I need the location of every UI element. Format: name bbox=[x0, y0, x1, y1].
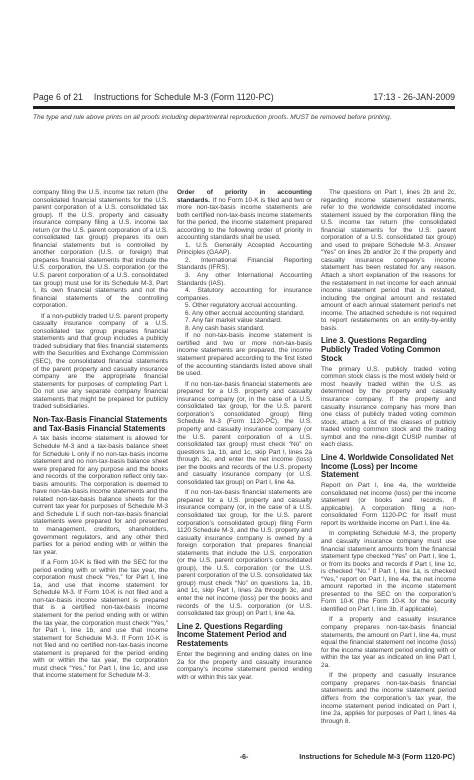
list-item: 4. Statutory accounting for insurance co… bbox=[177, 287, 312, 302]
document-page: Page 6 of 21 Instructions for Schedule M… bbox=[0, 0, 474, 780]
list-item: 7. Any fair market value standard. bbox=[177, 317, 312, 325]
page-footer: -6- Instructions for Schedule M-3 (Form … bbox=[33, 752, 455, 764]
section-heading: Line 2. Questions Regarding Income State… bbox=[177, 623, 312, 649]
header-title: Instructions for Schedule M-3 (Form 1120… bbox=[94, 92, 373, 102]
paragraph: If the property and casualty insurance c… bbox=[321, 672, 456, 725]
list-item: 6. Any other accrual accounting standard… bbox=[177, 310, 312, 318]
list-item: 8. Any cash basis standard. bbox=[177, 325, 312, 333]
text-column-2: Order of priority in accounting standard… bbox=[177, 189, 312, 725]
header-page-label: Page 6 of 21 bbox=[33, 92, 83, 102]
paragraph: If no non-tax-basis income statement is … bbox=[177, 332, 312, 377]
page-header: Page 6 of 21 Instructions for Schedule M… bbox=[33, 92, 455, 102]
proof-note: The type and rule above prints on all pr… bbox=[33, 114, 455, 121]
text-column-1: company filing the U.S. income tax retur… bbox=[33, 189, 168, 725]
paragraph: A tax basis income statement is allowed … bbox=[33, 435, 168, 556]
header-rule bbox=[33, 106, 455, 109]
paragraph: Report on Part I, line 4a, the worldwide… bbox=[321, 482, 456, 527]
list-item: 5. Other regulatory accrual accounting. bbox=[177, 302, 312, 310]
header-timestamp: 17:13 - 26-JAN-2009 bbox=[373, 92, 455, 102]
paragraph: If a Form 10-K is filed with the SEC for… bbox=[33, 559, 168, 680]
paragraph: Order of priority in accounting standard… bbox=[177, 189, 312, 242]
paragraph: In completing Schedule M-3, the property… bbox=[321, 530, 456, 613]
list-item: 1. U.S. Generally Accepted Accounting Pr… bbox=[177, 242, 312, 257]
list-item: 2. International Financial Reporting Sta… bbox=[177, 257, 312, 272]
paragraph: Enter the beginning and ending dates on … bbox=[177, 651, 312, 681]
section-heading: Line 3. Questions Regarding Publicly Tra… bbox=[321, 337, 456, 363]
section-heading: Line 4. Worldwide Consolidated Net Incom… bbox=[321, 454, 456, 480]
paragraph: If a property and casualty insurance com… bbox=[321, 616, 456, 669]
paragraph: If a non-publicly traded U.S. parent pro… bbox=[33, 313, 168, 411]
footer-title: Instructions for Schedule M-3 (Form 1120… bbox=[299, 752, 455, 761]
paragraph: company filing the U.S. income tax retur… bbox=[33, 189, 168, 310]
text-column-3: The questions on Part I, lines 2b and 2c… bbox=[321, 189, 456, 725]
paragraph: The questions on Part I, lines 2b and 2c… bbox=[321, 189, 456, 332]
run-in-heading: Order of priority in accounting standard… bbox=[177, 189, 312, 204]
paragraph: If no non-tax-basis financial statements… bbox=[177, 381, 312, 487]
body-columns: company filing the U.S. income tax retur… bbox=[33, 189, 455, 725]
list-item: 3. Any other International Accounting St… bbox=[177, 272, 312, 287]
paragraph: The primary U.S. publicly traded voting … bbox=[321, 366, 456, 449]
paragraph: If no non-tax-basis financial statements… bbox=[177, 489, 312, 617]
section-heading: Non-Tax-Basis Financial Statements and T… bbox=[33, 416, 168, 434]
